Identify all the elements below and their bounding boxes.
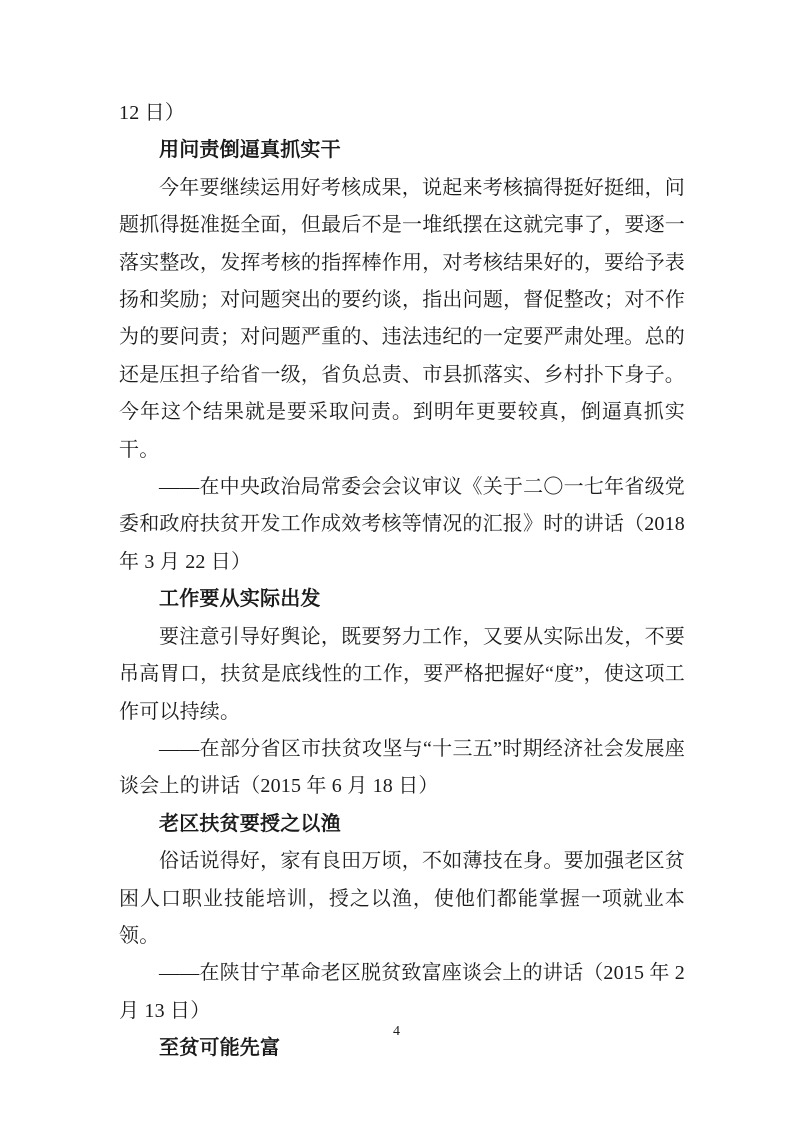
document-content: 12 日）用问责倒逼真抓实干今年要继续运用好考核成果，说起来考核搞得挺好挺细，问… xyxy=(119,95,685,1068)
heading-block: 用问责倒逼真抓实干 xyxy=(119,132,685,169)
attribution-block: ——在陕甘宁革命老区脱贫致富座谈会上的讲话（2015 年 2 月 13 日） xyxy=(119,955,685,1030)
attribution-block: ——在部分省区市扶贫攻坚与“十三五”时期经济社会发展座谈会上的讲话（2015 年… xyxy=(119,731,685,806)
paragraph-block: 俗话说得好，家有良田万顷，不如薄技在身。要加强老区贫困人口职业技能培训，授之以渔… xyxy=(119,843,685,955)
paragraph-block: 今年要继续运用好考核成果，说起来考核搞得挺好挺细，问题抓得挺准挺全面，但最后不是… xyxy=(119,170,685,469)
heading-block: 老区扶贫要授之以渔 xyxy=(119,806,685,843)
continuation-block: 12 日） xyxy=(119,95,685,132)
paragraph-block: 要注意引导好舆论，既要努力工作，又要从实际出发，不要吊高胃口，扶贫是底线性的工作… xyxy=(119,619,685,731)
attribution-block: ——在中央政治局常委会会议审议《关于二〇一七年省级党委和政府扶贫开发工作成效考核… xyxy=(119,469,685,581)
heading-block: 工作要从实际出发 xyxy=(119,581,685,618)
page-number: 4 xyxy=(0,1022,793,1042)
document-page: 12 日）用问责倒逼真抓实干今年要继续运用好考核成果，说起来考核搞得挺好挺细，问… xyxy=(0,0,793,1122)
